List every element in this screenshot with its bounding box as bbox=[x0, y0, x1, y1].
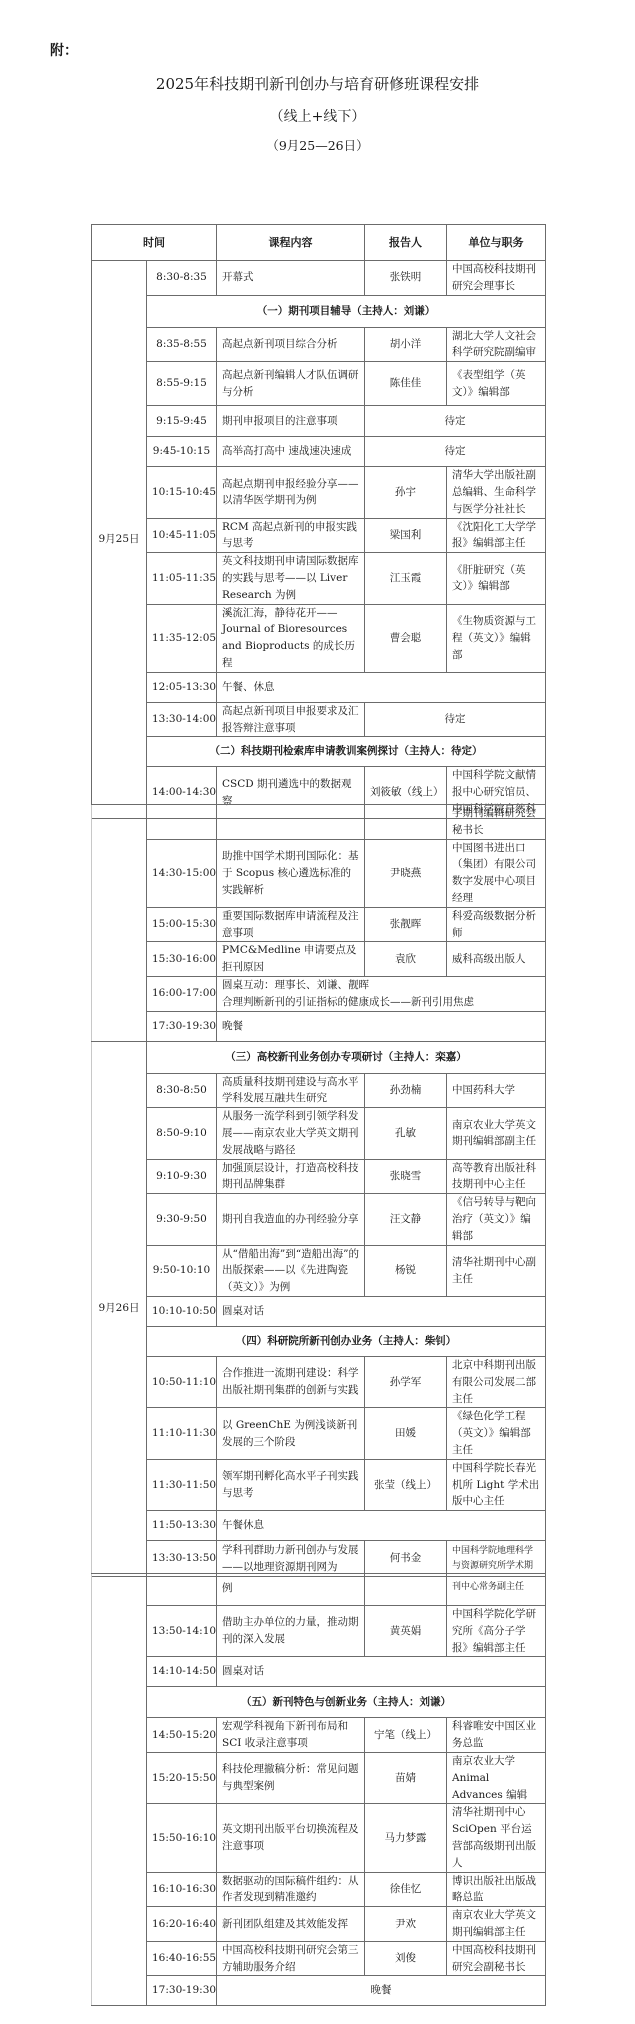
speaker-cell: 徐佳忆 bbox=[365, 1872, 447, 1907]
section-row: 9月26日 （三）高校新刊业务创办专项研讨（主持人：栾嘉） bbox=[92, 1041, 546, 1073]
day-cell: 9月25日 bbox=[92, 261, 147, 819]
speaker-cell: 刘俊 bbox=[365, 1941, 447, 1976]
content-cell: 合作推进一流期刊建设：科学出版社期刊集群的创新与实践 bbox=[217, 1356, 365, 1407]
org-cell: 科爱高级数据分析师 bbox=[447, 907, 546, 942]
day-cell-continued bbox=[92, 1574, 147, 2006]
org-cell: 湖北大学人文社会科学研究院副编审 bbox=[447, 327, 546, 362]
content-cell: 高举高打高中 速战速决速成 bbox=[217, 437, 365, 467]
org-cell: 南京农业大学英文期刊编辑部主任 bbox=[447, 1907, 546, 1942]
table-row: 12:05-13:30 午餐、休息 bbox=[92, 672, 546, 702]
table-row: 11:30-11:50 领军期刊孵化高水平子刊实践与思考 张莹（线上） 中国科学… bbox=[92, 1459, 546, 1510]
org-cell: 清华社期刊中心副主任 bbox=[447, 1245, 546, 1296]
section-title: （五）新刊特色与创新业务（主持人：刘谦） bbox=[147, 1687, 546, 1718]
section-row: （一）期刊项目辅导（主持人：刘谦） bbox=[92, 295, 546, 327]
speaker-cell: 孙宇 bbox=[365, 467, 447, 518]
time-cell: 8:50-9:10 bbox=[147, 1108, 217, 1159]
speaker-cell: 袁欣 bbox=[365, 942, 447, 977]
table-row: 14:10-14:50 圆桌对话 bbox=[92, 1657, 546, 1687]
speaker-cell: 陈佳佳 bbox=[365, 362, 447, 406]
content-wide-cell: 圆桌互动：理事长、刘谦、靓晖 合理判断新刊的引证指标的健康成长——新刊引用焦虑 bbox=[217, 976, 546, 1011]
section-title: （四）科研院所新刊创办业务（主持人：柴钊） bbox=[147, 1326, 546, 1356]
content-wide-cell: 圆桌对话 bbox=[217, 1296, 546, 1326]
annex-label: 附： bbox=[50, 40, 78, 60]
content-cell: 数据驱动的国际稿件组约：从作者发现到精准邀约 bbox=[217, 1872, 365, 1907]
time-cell: 8:55-9:15 bbox=[147, 362, 217, 406]
table-row: 9:15-9:45 期刊申报项目的注意事项 待定 bbox=[92, 406, 546, 437]
content-cell: 借助主办单位的力量，推动期刊的深入发展 bbox=[217, 1606, 365, 1657]
table-row: 11:35-12:05 溪流汇海，静待花开——Journal of Biores… bbox=[92, 604, 546, 672]
time-cell: 8:35-8:55 bbox=[147, 327, 217, 362]
table-row: 13:50-14:10 借助主办单位的力量，推动期刊的深入发展 黄英娟 中国科学… bbox=[92, 1606, 546, 1657]
section-title: （三）高校新刊业务创办专项研讨（主持人：栾嘉） bbox=[147, 1041, 546, 1073]
table-row: 16:10-16:30 数据驱动的国际稿件组约：从作者发现到精准邀约 徐佳忆 博… bbox=[92, 1872, 546, 1907]
table-row: 16:40-16:55 中国高校科技期刊研究会第三方辅助服务介绍 刘俊 中国高校… bbox=[92, 1941, 546, 1976]
table-row: 14:50-15:20 宏观学科视角下新刊布局和 SCI 收录注意事项 宁笔（线… bbox=[92, 1718, 546, 1753]
time-cell: 16:40-16:55 bbox=[147, 1941, 217, 1976]
time-cell: 10:15-10:45 bbox=[147, 467, 217, 518]
content-cell: 领军期刊孵化高水平子刊实践与思考 bbox=[217, 1459, 365, 1510]
document-title: 2025年科技期刊新刊创办与培育研修班课程安排 bbox=[0, 73, 635, 94]
org-cell: 刊中心常务副主任 bbox=[447, 1574, 546, 1606]
content-cell: 高起点新刊项目综合分析 bbox=[217, 327, 365, 362]
time-cell bbox=[147, 805, 217, 840]
table-row: 9:30-9:50 期刊自我造血的办刊经验分享 汪文静 《信号转导与靶向治疗（英… bbox=[92, 1194, 546, 1245]
schedule-table-page-2: 学期刊编辑研究会秘书长 14:30-15:00 助推中国学术期刊国际化：基于 S… bbox=[91, 804, 546, 1577]
content-cell: PMC&Medline 申请要点及拒刊原因 bbox=[217, 942, 365, 977]
table-row: 13:30-13:50 学科刊群助力新刊创办与发展——以地理资源期刊网为 何书金… bbox=[92, 1541, 546, 1577]
time-cell bbox=[147, 1574, 217, 1606]
content-cell: 助推中国学术期刊国际化：基于 Scopus 核心遴选标准的实践解析 bbox=[217, 839, 365, 907]
time-cell: 15:00-15:30 bbox=[147, 907, 217, 942]
time-cell: 14:50-15:20 bbox=[147, 1718, 217, 1753]
table-row: 8:35-8:55 高起点新刊项目综合分析 胡小洋 湖北大学人文社会科学研究院副… bbox=[92, 327, 546, 362]
org-cell: 博识出版社出版战略总监 bbox=[447, 1872, 546, 1907]
time-cell: 11:30-11:50 bbox=[147, 1459, 217, 1510]
org-cell: 《信号转导与靶向治疗（英文）》编辑部 bbox=[447, 1194, 546, 1245]
org-cell: 《生物质资源与工程（英文）》编辑部 bbox=[447, 604, 546, 672]
time-cell: 15:50-16:10 bbox=[147, 1804, 217, 1872]
content-cell: 英文科技期刊申请国际数据库的实践与思考——以 Liver Research 为例 bbox=[217, 553, 365, 604]
time-cell: 15:20-15:50 bbox=[147, 1752, 217, 1803]
time-cell: 13:30-13:50 bbox=[147, 1541, 217, 1577]
content-cell: 高起点新刊项目申报要求及汇报答辩注意事项 bbox=[217, 702, 365, 737]
content-wide-cell: 午餐、休息 bbox=[217, 672, 546, 702]
org-cell: 科睿唯安中国区业务总监 bbox=[447, 1718, 546, 1753]
table-row: 9:10-9:30 加强顶层设计，打造高校科技期刊品牌集群 张晓雪 高等教育出版… bbox=[92, 1159, 546, 1194]
speaker-cell: 曹会聪 bbox=[365, 604, 447, 672]
speaker-cell: 黄英娟 bbox=[365, 1606, 447, 1657]
speaker-cell: 张晓雪 bbox=[365, 1159, 447, 1194]
content-cell: 宏观学科视角下新刊布局和 SCI 收录注意事项 bbox=[217, 1718, 365, 1753]
content-cell: 新刊团队组建及其效能发挥 bbox=[217, 1907, 365, 1942]
section-row: （四）科研院所新刊创办业务（主持人：柴钊） bbox=[92, 1326, 546, 1356]
org-cell: 高等教育出版社科技期刊中心主任 bbox=[447, 1159, 546, 1194]
table-row: 17:30-19:30 晚餐 bbox=[92, 1011, 546, 1041]
content-cell: 中国高校科技期刊研究会第三方辅助服务介绍 bbox=[217, 1941, 365, 1976]
content-cell: 学科刊群助力新刊创办与发展——以地理资源期刊网为 bbox=[217, 1541, 365, 1577]
table-row: 11:50-13:30 午餐休息 bbox=[92, 1511, 546, 1541]
speaker-cell: 苗婧 bbox=[365, 1752, 447, 1803]
content-cell: 期刊申报项目的注意事项 bbox=[217, 406, 365, 437]
document-subtitle-mode: （线上+线下） bbox=[0, 106, 635, 126]
org-cell: 清华社期刊中心 SciOpen 平台运营部高级期刊出版人 bbox=[447, 1804, 546, 1872]
table-row: 15:20-15:50 科技伦理撤稿分析：常见问题与典型案例 苗婧 南京农业大学… bbox=[92, 1752, 546, 1803]
org-cell: 中国药科大学 bbox=[447, 1073, 546, 1108]
org-cell: 南京农业大学 Animal Advances 编辑 bbox=[447, 1752, 546, 1803]
content-cell: 期刊自我造血的办刊经验分享 bbox=[217, 1194, 365, 1245]
speaker-cell bbox=[365, 805, 447, 840]
content-cell: 开幕式 bbox=[217, 261, 365, 296]
section-row: （二）科技期刊检索库申请教训案例探讨（主持人：待定） bbox=[92, 737, 546, 767]
org-cell: 《肝脏研究（英文）》编辑部 bbox=[447, 553, 546, 604]
content-cell: 高起点期刊申报经验分享——以清华医学期刊为例 bbox=[217, 467, 365, 518]
table-row: 9月25日 8:30-8:35 开幕式 张铁明 中国高校科技期刊研究会理事长 bbox=[92, 261, 546, 296]
time-cell: 8:30-8:50 bbox=[147, 1073, 217, 1108]
table-row: 8:55-9:15 高起点新刊编辑人才队伍调研与分析 陈佳佳 《表型组学（英文）… bbox=[92, 362, 546, 406]
speaker-cell: 何书金 bbox=[365, 1541, 447, 1577]
speaker-cell: 张铁明 bbox=[365, 261, 447, 296]
column-header-speaker: 报告人 bbox=[365, 225, 447, 261]
speaker-cell: 梁国利 bbox=[365, 518, 447, 553]
table-row: 10:15-10:45 高起点期刊申报经验分享——以清华医学期刊为例 孙宇 清华… bbox=[92, 467, 546, 518]
content-cell bbox=[217, 805, 365, 840]
time-cell: 9:50-10:10 bbox=[147, 1245, 217, 1296]
speaker-cell: 宁笔（线上） bbox=[365, 1718, 447, 1753]
content-wide-cell: 圆桌对话 bbox=[217, 1657, 546, 1687]
document-subtitle-dates: （9月25—26日） bbox=[0, 136, 635, 154]
org-cell: 清华大学出版社副总编辑、生命科学与医学分社社长 bbox=[447, 467, 546, 518]
time-cell: 10:45-11:05 bbox=[147, 518, 217, 553]
table-row: 15:30-16:00 PMC&Medline 申请要点及拒刊原因 袁欣 威科高… bbox=[92, 942, 546, 977]
time-cell: 17:30-19:30 bbox=[147, 1011, 217, 1041]
time-cell: 9:15-9:45 bbox=[147, 406, 217, 437]
time-cell: 13:30-14:00 bbox=[147, 702, 217, 737]
time-cell: 17:30-19:30 bbox=[147, 1976, 217, 2006]
day-cell: 9月26日 bbox=[92, 1041, 147, 1577]
time-cell: 16:20-16:40 bbox=[147, 1907, 217, 1942]
speaker-cell bbox=[365, 1574, 447, 1606]
schedule-table-page-3: 例 刊中心常务副主任 13:50-14:10 借助主办单位的力量，推动期刊的深入… bbox=[91, 1573, 546, 2006]
content-cell: 例 bbox=[217, 1574, 365, 1606]
time-cell: 11:35-12:05 bbox=[147, 604, 217, 672]
table-row: 16:00-17:00 圆桌互动：理事长、刘谦、靓晖 合理判断新刊的引证指标的健… bbox=[92, 976, 546, 1011]
content-wide-cell: 晚餐 bbox=[217, 1011, 546, 1041]
time-cell: 8:30-8:35 bbox=[147, 261, 217, 296]
column-header-content: 课程内容 bbox=[217, 225, 365, 261]
table-row: 10:50-11:10 合作推进一流期刊建设：科学出版社期刊集群的创新与实践 孙… bbox=[92, 1356, 546, 1407]
time-cell: 10:50-11:10 bbox=[147, 1356, 217, 1407]
time-cell: 15:30-16:00 bbox=[147, 942, 217, 977]
org-cell: 《表型组学（英文）》编辑部 bbox=[447, 362, 546, 406]
content-cell: 科技伦理撤稿分析：常见问题与典型案例 bbox=[217, 1752, 365, 1803]
table-row: 9:45-10:15 高举高打高中 速战速决速成 待定 bbox=[92, 437, 546, 467]
content-cell: 从服务一流学科到引领学科发展——南京农业大学英文期刊发展战略与路径 bbox=[217, 1108, 365, 1159]
content-cell: 以 GreenChE 为例浅谈新刊发展的三个阶段 bbox=[217, 1408, 365, 1459]
org-cell: 中国高校科技期刊研究会副秘书长 bbox=[447, 1941, 546, 1976]
content-cell: RCM 高起点新刊的申报实践与思考 bbox=[217, 518, 365, 553]
time-cell: 10:10-10:50 bbox=[147, 1296, 217, 1326]
speaker-tbd-cell: 待定 bbox=[365, 437, 546, 467]
speaker-cell: 胡小洋 bbox=[365, 327, 447, 362]
time-cell: 13:50-14:10 bbox=[147, 1606, 217, 1657]
org-cell: 南京农业大学英文期刊编辑部副主任 bbox=[447, 1108, 546, 1159]
speaker-cell: 杨锐 bbox=[365, 1245, 447, 1296]
section-row: （五）新刊特色与创新业务（主持人：刘谦） bbox=[92, 1687, 546, 1718]
speaker-cell: 张莹（线上） bbox=[365, 1459, 447, 1510]
time-cell: 11:50-13:30 bbox=[147, 1511, 217, 1541]
speaker-tbd-cell: 待定 bbox=[365, 702, 546, 737]
time-cell: 14:10-14:50 bbox=[147, 1657, 217, 1687]
speaker-cell: 汪文静 bbox=[365, 1194, 447, 1245]
table-row: 10:10-10:50 圆桌对话 bbox=[92, 1296, 546, 1326]
table-row: 11:05-11:35 英文科技期刊申请国际数据库的实践与思考——以 Liver… bbox=[92, 553, 546, 604]
table-row: 例 刊中心常务副主任 bbox=[92, 1574, 546, 1606]
org-cell: 学期刊编辑研究会秘书长 bbox=[447, 805, 546, 840]
org-cell: 《沈阳化工大学学报》编辑部主任 bbox=[447, 518, 546, 553]
speaker-cell: 尹晓燕 bbox=[365, 839, 447, 907]
table-row: 17:30-19:30 晚餐 bbox=[92, 1976, 546, 2006]
org-cell: 《绿色化学工程（英文）》编辑部主任 bbox=[447, 1408, 546, 1459]
org-cell: 威科高级出版人 bbox=[447, 942, 546, 977]
content-cell: 高质量科技期刊建设与高水平学科发展互融共生研究 bbox=[217, 1073, 365, 1108]
schedule-table-page-1: 时间 课程内容 报告人 单位与职务 9月25日 8:30-8:35 开幕式 张铁… bbox=[91, 224, 546, 819]
table-row: 16:20-16:40 新刊团队组建及其效能发挥 尹欢 南京农业大学英文期刊编辑… bbox=[92, 1907, 546, 1942]
table-row: 15:00-15:30 重要国际数据库申请流程及注意事项 张靓晖 科爱高级数据分… bbox=[92, 907, 546, 942]
table-row: 学期刊编辑研究会秘书长 bbox=[92, 805, 546, 840]
time-cell: 9:45-10:15 bbox=[147, 437, 217, 467]
column-header-time: 时间 bbox=[92, 225, 217, 261]
table-row: 9:50-10:10 从“借船出海”到“造船出海”的出版探索——以《先进陶瓷（英… bbox=[92, 1245, 546, 1296]
org-cell: 中国科学院长春光机所 Light 学术出版中心主任 bbox=[447, 1459, 546, 1510]
org-cell: 中国科学院化学研究所《高分子学报》编辑部主任 bbox=[447, 1606, 546, 1657]
table-row: 13:30-14:00 高起点新刊项目申报要求及汇报答辩注意事项 待定 bbox=[92, 702, 546, 737]
content-wide-cell: 午餐休息 bbox=[217, 1511, 546, 1541]
speaker-cell: 尹欢 bbox=[365, 1907, 447, 1942]
table-row: 11:10-11:30 以 GreenChE 为例浅谈新刊发展的三个阶段 田媛 … bbox=[92, 1408, 546, 1459]
content-cell: 加强顶层设计，打造高校科技期刊品牌集群 bbox=[217, 1159, 365, 1194]
speaker-cell: 田媛 bbox=[365, 1408, 447, 1459]
speaker-cell: 马力梦露 bbox=[365, 1804, 447, 1872]
table-row: 14:30-15:00 助推中国学术期刊国际化：基于 Scopus 核心遴选标准… bbox=[92, 839, 546, 907]
org-cell: 中国高校科技期刊研究会理事长 bbox=[447, 261, 546, 296]
content-center-cell: 晚餐 bbox=[217, 1976, 546, 2006]
table-header-row: 时间 课程内容 报告人 单位与职务 bbox=[92, 225, 546, 261]
time-cell: 14:30-15:00 bbox=[147, 839, 217, 907]
content-cell: 高起点新刊编辑人才队伍调研与分析 bbox=[217, 362, 365, 406]
org-cell: 北京中科期刊出版有限公司发展二部主任 bbox=[447, 1356, 546, 1407]
speaker-tbd-cell: 待定 bbox=[365, 406, 546, 437]
time-cell: 11:10-11:30 bbox=[147, 1408, 217, 1459]
speaker-cell: 孙学军 bbox=[365, 1356, 447, 1407]
content-cell: 重要国际数据库申请流程及注意事项 bbox=[217, 907, 365, 942]
table-row: 8:50-9:10 从服务一流学科到引领学科发展——南京农业大学英文期刊发展战略… bbox=[92, 1108, 546, 1159]
time-cell: 16:00-17:00 bbox=[147, 976, 217, 1011]
speaker-cell: 江玉霞 bbox=[365, 553, 447, 604]
time-cell: 11:05-11:35 bbox=[147, 553, 217, 604]
content-cell: 英文期刊出版平台切换流程及注意事项 bbox=[217, 1804, 365, 1872]
table-row: 8:30-8:50 高质量科技期刊建设与高水平学科发展互融共生研究 孙劲楠 中国… bbox=[92, 1073, 546, 1108]
org-cell: 中国图书进出口（集团）有限公司数字发展中心项目经理 bbox=[447, 839, 546, 907]
column-header-org: 单位与职务 bbox=[447, 225, 546, 261]
table-row: 10:45-11:05 RCM 高起点新刊的申报实践与思考 梁国利 《沈阳化工大… bbox=[92, 518, 546, 553]
time-cell: 12:05-13:30 bbox=[147, 672, 217, 702]
table-row: 15:50-16:10 英文期刊出版平台切换流程及注意事项 马力梦露 清华社期刊… bbox=[92, 1804, 546, 1872]
speaker-cell: 孔敏 bbox=[365, 1108, 447, 1159]
content-cell: 溪流汇海，静待花开——Journal of Bioresources and B… bbox=[217, 604, 365, 672]
time-cell: 16:10-16:30 bbox=[147, 1872, 217, 1907]
time-cell: 9:30-9:50 bbox=[147, 1194, 217, 1245]
section-title: （一）期刊项目辅导（主持人：刘谦） bbox=[147, 295, 546, 327]
content-cell: 从“借船出海”到“造船出海”的出版探索——以《先进陶瓷（英文）》为例 bbox=[217, 1245, 365, 1296]
speaker-cell: 张靓晖 bbox=[365, 907, 447, 942]
day-cell-continued bbox=[92, 805, 147, 1042]
section-title: （二）科技期刊检索库申请教训案例探讨（主持人：待定） bbox=[147, 737, 546, 767]
time-cell: 9:10-9:30 bbox=[147, 1159, 217, 1194]
speaker-cell: 孙劲楠 bbox=[365, 1073, 447, 1108]
org-cell: 中国科学院地理科学与资源研究所学术期 bbox=[447, 1541, 546, 1577]
